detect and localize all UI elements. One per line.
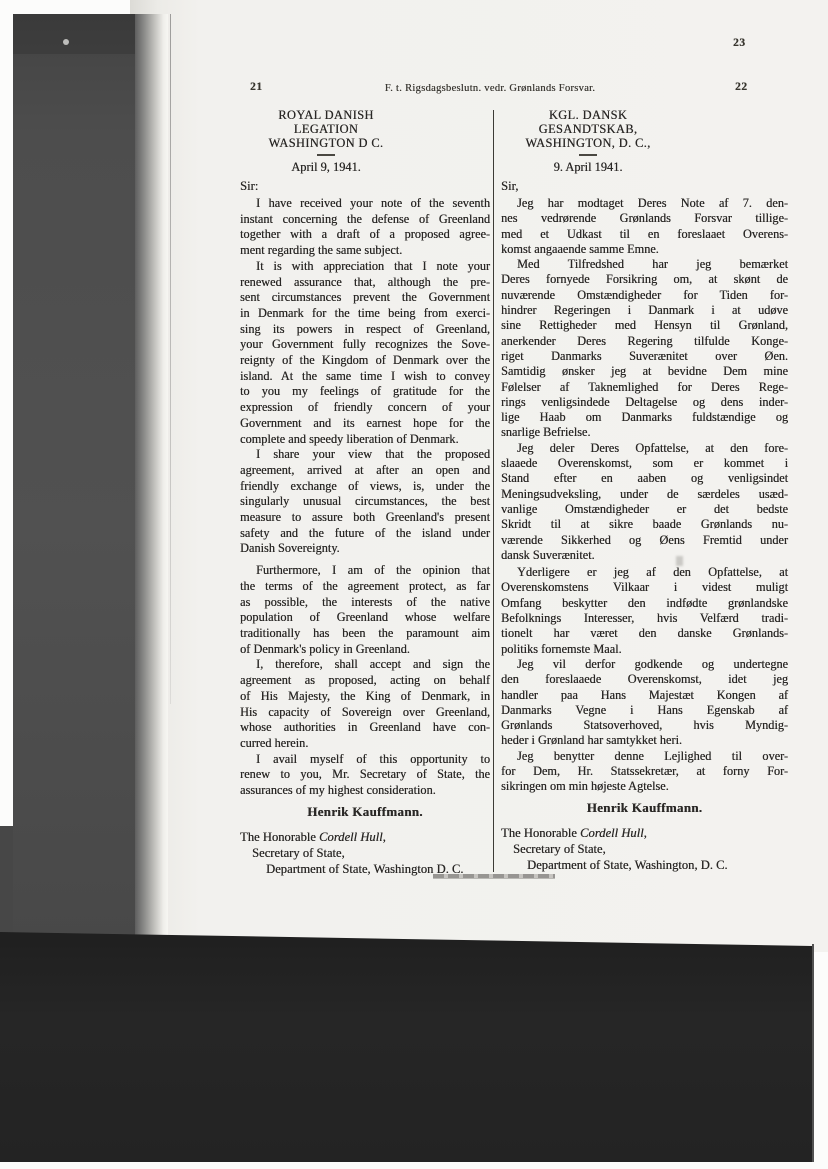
text-line: sent circumstances prevent the Governmen… (240, 290, 490, 306)
text-line: Stand efter en aaben og venligsindet (501, 471, 788, 486)
text-line: Danish Sovereignty. (240, 541, 490, 557)
closing-prefix: The Honorable (501, 826, 580, 840)
paragraph: Jeg vil derfor godkende og undertegneden… (501, 657, 788, 749)
paragraph: Jeg benytter denne Lejlighed til over-fo… (501, 749, 788, 795)
text-line: sine Rettigheder med Hensyn til Grønland… (501, 318, 788, 333)
text-line: friendly exchange of views, is, under th… (240, 479, 490, 495)
text-line: riget Danmarks Suverænitet over Øen. (501, 349, 788, 364)
closing-line2: Secretary of State, (501, 841, 788, 857)
text-line: nuværende Omstændigheder for Tiden for- (501, 288, 788, 303)
paragraph: I, therefore, shall accept and sign thea… (240, 657, 490, 751)
salutation: Sir: (240, 179, 490, 194)
column-english: ROYAL DANISH LEGATION WASHINGTON D C. Ap… (240, 108, 490, 877)
text-line: sikringen om min højeste Agtelse. (501, 779, 788, 794)
date-line: 9. April 1941. (503, 160, 673, 175)
text-line: Yderligere er jeg af den Opfattelse, at (501, 565, 788, 580)
text-line: safety and the future of the island unde… (240, 526, 490, 542)
text-line: I, therefore, shall accept and sign the (240, 657, 490, 673)
text-line: Med Tilfredshed har jeg bemærket (501, 257, 788, 272)
text-line: complete and speedy liberation of Denmar… (240, 432, 490, 448)
text-line: Overenskomstens Vilkaar i videst muligt (501, 580, 788, 595)
text-line: Omfang beskytter den indfødte grønlandsk… (501, 596, 788, 611)
column-divider-rule (493, 110, 494, 872)
text-line: Government and its earnest hope for the (240, 416, 490, 432)
text-line: of His Majesty, the King of Denmark, in (240, 689, 490, 705)
text-line: Skridt til at sikre baade Grønlands nu- (501, 517, 788, 532)
paragraph: Jeg har modtaget Deres Note af 7. den-ne… (501, 196, 788, 257)
scan-speck (63, 39, 69, 45)
paragraph: I share your view that the proposedagree… (240, 447, 490, 557)
paragraph: I avail myself of this opportunity toren… (240, 752, 490, 799)
bottom-scan-dark-block (0, 926, 812, 1162)
closing-line2: Secretary of State, (240, 845, 490, 861)
text-line: as possible, the interests of the native (240, 595, 490, 611)
closing-line3: Department of State, Washington, D. C. (501, 857, 788, 873)
paragraph: Jeg deler Deres Opfattelse, at den fore-… (501, 441, 788, 563)
text-line: Samtidig ønsker jeg at bevidne Dem mine (501, 364, 788, 379)
text-line: sing its powers in respect of Greenland, (240, 322, 490, 338)
text-line: rings venligsindede Deltagelse og dens i… (501, 395, 788, 410)
paragraph: Yderligere er jeg af den Opfattelse, atO… (501, 565, 788, 657)
text-line: renew to you, Mr. Secretary of State, th… (240, 767, 490, 783)
text-line: your Government fully recognizes the Sov… (240, 337, 490, 353)
closing-prefix: The Honorable (240, 830, 319, 844)
closing-address: The Honorable Cordell Hull, Secretary of… (501, 825, 788, 873)
page-number-left: 21 (250, 81, 263, 93)
letterhead-line1: KGL. DANSK GESANDTSKAB, (503, 108, 673, 136)
closing-line1: The Honorable Cordell Hull, (240, 829, 490, 845)
letter-body: Jeg har modtaget Deres Note af 7. den-ne… (501, 196, 788, 795)
paragraph: It is with appreciation that I note your… (240, 259, 490, 447)
text-line: politiks fornemste Maal. (501, 642, 788, 657)
text-line: I avail myself of this opportunity to (240, 752, 490, 768)
text-line: whose authorities in Greenland have con- (240, 720, 490, 736)
closing-line3: Department of State, Washington D. C. (240, 861, 490, 877)
running-title: F. t. Rigsdagsbeslutn. vedr. Grønlands F… (280, 83, 700, 94)
text-line: Jeg deler Deres Opfattelse, at den fore- (501, 441, 788, 456)
text-line: curred herein. (240, 736, 490, 752)
text-line: Jeg benytter denne Lejlighed til over- (501, 749, 788, 764)
text-line: hindrer Regeringen i Danmark i at udøve (501, 303, 788, 318)
letter-body: I have received your note of the seventh… (240, 196, 490, 799)
letterhead-rule (317, 154, 335, 156)
paragraph: I have received your note of the seventh… (240, 196, 490, 259)
paragraph: Med Tilfredshed har jeg bemærketDeres fo… (501, 257, 788, 441)
text-line: assurances of my highest consideration. (240, 783, 490, 799)
closing-name: Cordell Hull (319, 830, 383, 844)
text-line: traditionally has been the paramount aim (240, 626, 490, 642)
text-line: handler paa Hans Majestæt Kongen af (501, 688, 788, 703)
text-line: vanlige Omstændigheder er det bedste (501, 502, 788, 517)
text-line: renewed assurance that, although the pre… (240, 275, 490, 291)
page-number-corner: 23 (733, 37, 746, 49)
text-line: It is with appreciation that I note your (240, 259, 490, 275)
text-line: in Denmark for the time being from exerc… (240, 306, 490, 322)
text-line: anerkender Deres Regering tilfulde Konge… (501, 334, 788, 349)
text-line: I have received your note of the seventh (240, 196, 490, 212)
text-line: slaaede Overenskomst, som er kommet i (501, 456, 788, 471)
text-line: expression of friendly concern of your (240, 400, 490, 416)
paragraph: Furthermore, I am of the opinion thatthe… (240, 563, 490, 657)
text-line: instant concerning the defense of Greenl… (240, 212, 490, 228)
salutation: Sir, (501, 179, 788, 194)
text-line: of Denmark's policy in Greenland. (240, 642, 490, 658)
text-line: heder i Grønland har samtykket heri. (501, 733, 788, 748)
column-danish: KGL. DANSK GESANDTSKAB, WASHINGTON, D. C… (501, 108, 788, 873)
text-line: værende Sikkerhed og Øens Fremtid under (501, 533, 788, 548)
text-line: dansk Suverænitet. (501, 548, 788, 563)
page-number-right: 22 (735, 81, 748, 93)
text-line: agreement, arrived at after an open and (240, 463, 490, 479)
text-line: nes vedrørende Grønlands Forsvar tillige… (501, 211, 788, 226)
text-line: measure to assure both Greenland's prese… (240, 510, 490, 526)
letterhead-rule (579, 154, 597, 156)
text-line: to you my feelings of gratitude for the (240, 384, 490, 400)
signature: Henrik Kauffmann. (240, 804, 490, 820)
closing-suffix: , (383, 830, 386, 844)
letterhead-line2: WASHINGTON D C. (246, 136, 406, 150)
text-line: med et Udkast til en foreslaaet Overens- (501, 227, 788, 242)
text-line: Grønlands Statsoverhoved, hvis Myndig- (501, 718, 788, 733)
text-line: Meningsudveksling, under de særdeles usæ… (501, 487, 788, 502)
letterhead-line2: WASHINGTON, D. C., (503, 136, 673, 150)
letterhead-line1: ROYAL DANISH LEGATION (246, 108, 406, 136)
text-line: Jeg har modtaget Deres Note af 7. den- (501, 196, 788, 211)
text-line: I share your view that the proposed (240, 447, 490, 463)
closing-suffix: , (644, 826, 647, 840)
text-line: snarlige Befrielse. (501, 425, 788, 440)
text-line: Deres fornyede Forsikring om, at skønt d… (501, 272, 788, 287)
closing-line1: The Honorable Cordell Hull, (501, 825, 788, 841)
text-line: together with a draft of a proposed agre… (240, 227, 490, 243)
page-crease-line (170, 14, 171, 704)
text-line: Furthermore, I am of the opinion that (240, 563, 490, 579)
closing-name: Cordell Hull (580, 826, 644, 840)
closing-address: The Honorable Cordell Hull, Secretary of… (240, 829, 490, 877)
scan-left-dark-band (13, 14, 135, 952)
text-line: His capacity of Sovereign over Greenland… (240, 705, 490, 721)
text-line: island. At the same time I wish to conve… (240, 369, 490, 385)
text-line: singularly unusual circumstances, the be… (240, 494, 490, 510)
text-line: the terms of the agreement protect, as f… (240, 579, 490, 595)
text-line: reignty of the Kingdom of Denmark over t… (240, 353, 490, 369)
bottom-scan-block-edge (812, 944, 814, 1162)
text-line: den foreslaaede Overenskomst, idet jeg (501, 672, 788, 687)
letterhead: ROYAL DANISH LEGATION WASHINGTON D C. (246, 108, 406, 156)
text-line: Befolknings Interesser, hvis Velfærd tra… (501, 611, 788, 626)
text-line: komst angaaende samme Emne. (501, 242, 788, 257)
text-line: Jeg vil derfor godkende og undertegne (501, 657, 788, 672)
text-line: lige Haab om Danmarks fuldstændige og (501, 410, 788, 425)
text-line: agreement as proposed, acting on behalf (240, 673, 490, 689)
text-line: for Dem, Hr. Statssekretær, at forny For… (501, 764, 788, 779)
text-line: Følelser af Taknemlighed for Deres Rege- (501, 380, 788, 395)
text-line: Danmarks Vegne i Hans Egenskab af (501, 703, 788, 718)
text-line: ment regarding the same subject. (240, 243, 490, 259)
text-line: population of Greenland whose welfare (240, 610, 490, 626)
date-line: April 9, 1941. (246, 160, 406, 175)
text-line: tionelt har været den danske Grønlands- (501, 626, 788, 641)
signature: Henrik Kauffmann. (501, 800, 788, 816)
letterhead: KGL. DANSK GESANDTSKAB, WASHINGTON, D. C… (503, 108, 673, 156)
page-edge-gradient (135, 14, 168, 935)
